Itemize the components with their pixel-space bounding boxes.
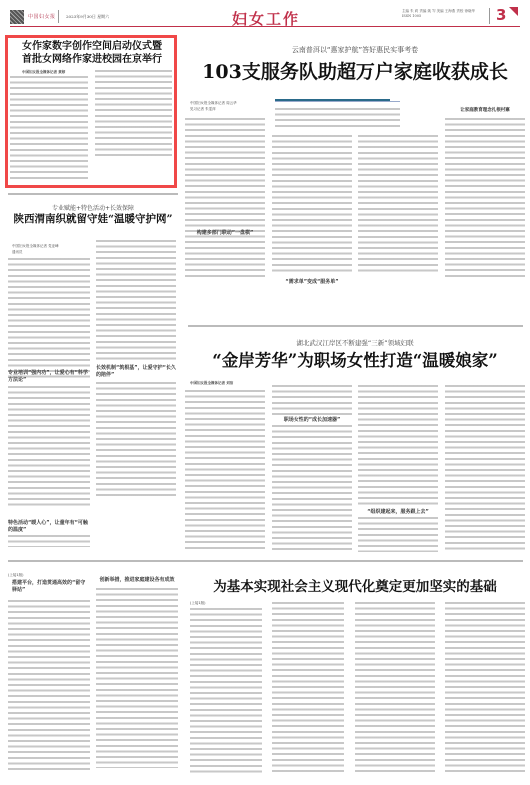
article-body-col [272, 602, 344, 772]
article-body-col [185, 390, 265, 552]
article-body-col [96, 240, 176, 360]
article-kicker: 云南普洱以“惠家护航”答好惠民实事考卷 [180, 45, 530, 55]
section-rule [8, 560, 523, 562]
subhead: 构建多部门联动“一盘棋” [185, 229, 265, 236]
divider [58, 10, 59, 23]
article-title[interactable]: 103支服务队助超万户家庭收获成长 [180, 60, 530, 84]
article-kicker: 专业赋能+特色活动+长效保障 [8, 203, 178, 212]
article-body-col [8, 386, 90, 506]
byline: 中国妇女报全媒体记者 黄婷 [22, 69, 92, 75]
article-body-col [272, 385, 352, 415]
masthead: 中国妇女报 2023年9月30日 星期六 妇女工作 主编 朱 莉 责编 姚 岑 … [0, 0, 530, 30]
masthead-rule [10, 26, 520, 27]
corner-triangle-icon [509, 7, 518, 16]
article-title[interactable]: 陕西渭南织就留守娃“温暖守护网” [5, 212, 181, 226]
article-body-col [95, 70, 172, 158]
issue-date: 2023年9月30日 星期六 [66, 14, 109, 20]
article-body-col [96, 382, 176, 497]
editor-credits: 主编 朱 莉 责编 姚 岑 美编 王海燕 责校 徐晓华 ISSN 1005 [402, 9, 484, 19]
subhead: 搭建平台，打造贯通高效的“留守驿站” [12, 580, 88, 594]
subhead: 创新举措，推进家庭建设各有成效 [96, 576, 178, 583]
article-title[interactable]: “金岸芳华”为职场女性打造“温暖娘家” [180, 350, 530, 372]
subhead: 职场女性的“成长加速器” [272, 416, 352, 423]
article-body-col [445, 385, 525, 552]
article-body-col [272, 425, 352, 552]
article-body-col [190, 608, 262, 773]
continued-tag: (上接1版) [190, 600, 230, 606]
article-kicker: 湖北武汉江岸区不断建强“三新”领域妇联 [180, 338, 530, 347]
accent-line [275, 101, 400, 102]
qr-code-icon [10, 10, 24, 24]
sidebar-heading: 让家庭教育理念扎根村寨 [445, 107, 525, 113]
subhead: 特色活动“暖人心”，让童年有“可触的温度” [8, 520, 90, 534]
subhead: “组织建起来，服务跟上去” [358, 508, 438, 515]
article-body-col [358, 517, 438, 552]
article-body-col [358, 135, 438, 275]
paper-name: 中国妇女报 [28, 13, 56, 20]
article-title-line1[interactable]: 女作家数字创作空间启动仪式暨 [10, 40, 174, 53]
article-body-col [8, 600, 90, 770]
article-body-col [96, 588, 178, 768]
byline: 通讯员 [12, 249, 92, 255]
article-title-line2[interactable]: 首批女网络作家进校园在京举行 [10, 53, 174, 66]
article-lead [275, 108, 400, 130]
article-body-col [355, 602, 435, 772]
article-body-col [358, 385, 438, 505]
section-rule [8, 193, 178, 195]
byline: 见习记者 朱雯萍 [190, 106, 270, 112]
subhead: “需求单”变成“服务单” [272, 278, 352, 285]
article-body-col [272, 135, 352, 275]
page-number: 3 [496, 6, 506, 24]
subhead: 专业培训“强内功”，让爱心有“科学方法论” [8, 370, 90, 384]
article-body-col [8, 258, 90, 378]
article-body-col [8, 535, 90, 547]
continued-tag: (上接1版) [8, 572, 48, 578]
article-body-col [10, 76, 88, 182]
article-title[interactable]: 为基本实现社会主义现代化奠定更加坚实的基础 [185, 578, 525, 596]
article-body-col [185, 118, 265, 278]
article-body-col [445, 118, 525, 278]
subhead: 长效机制“筑根基”，让爱守护“长久的陪伴” [96, 365, 176, 379]
byline: 中国妇女报全媒体记者 刘洁 [190, 380, 270, 386]
divider [489, 8, 490, 24]
article-body-col [445, 602, 525, 772]
section-rule [188, 325, 523, 327]
